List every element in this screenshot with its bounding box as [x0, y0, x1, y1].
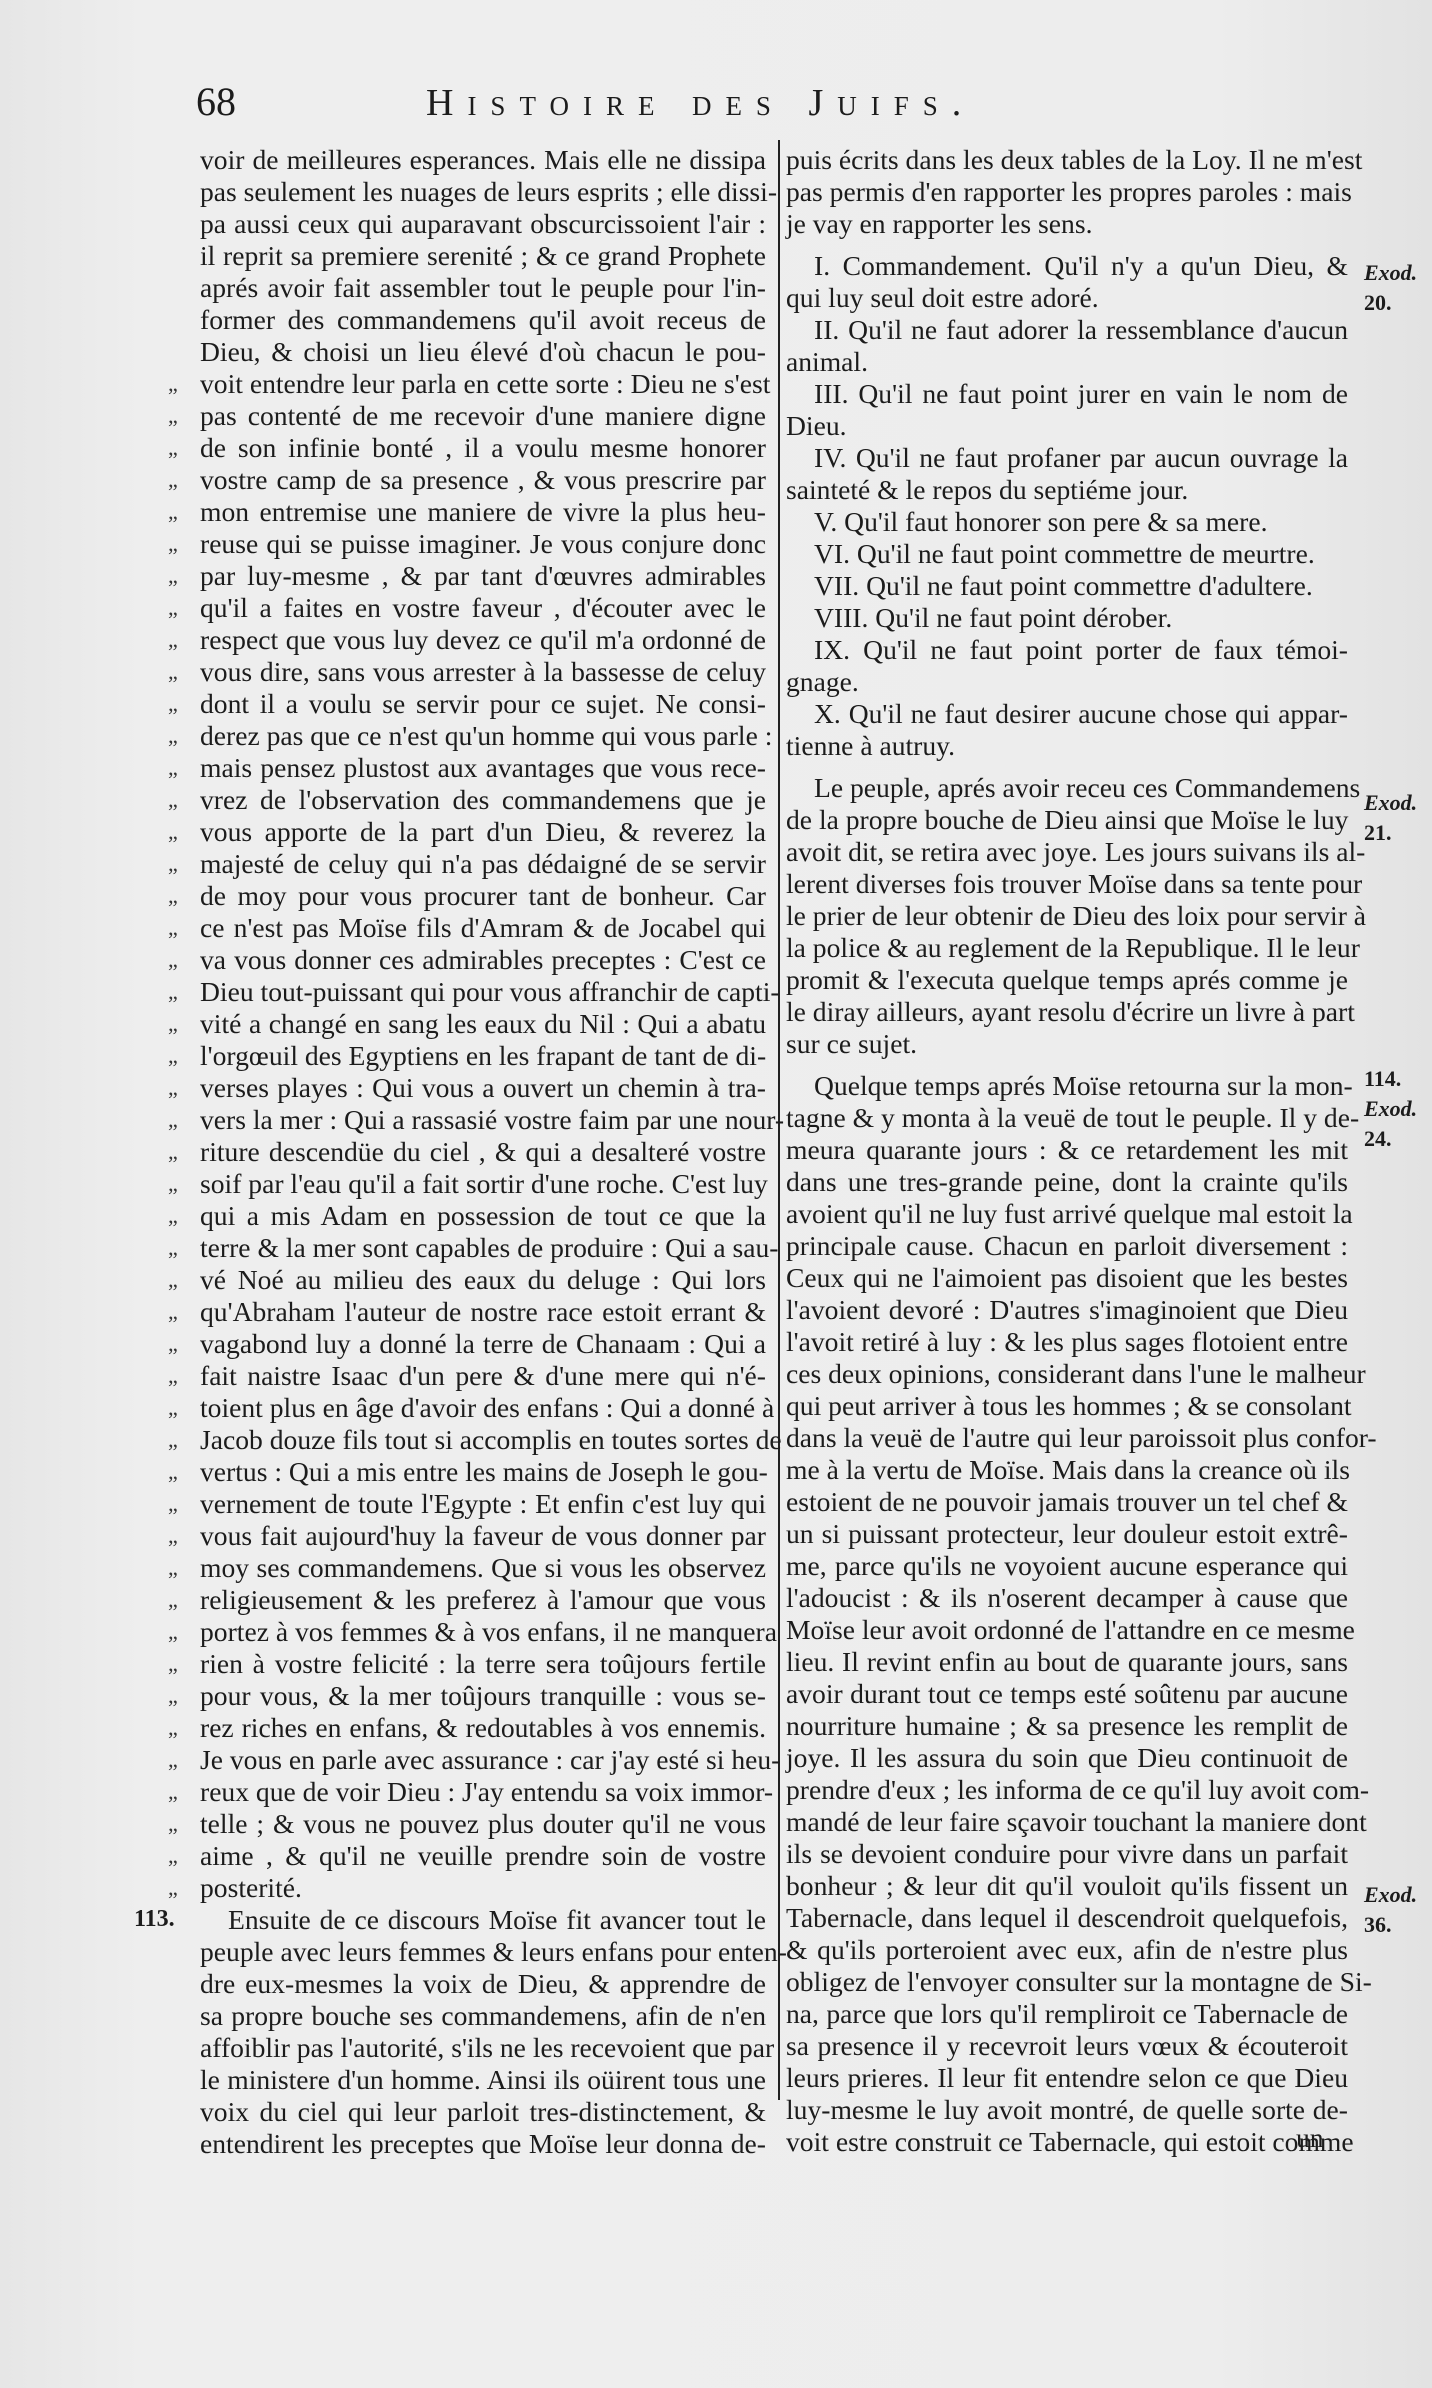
text-line: „vité a changé en sang les eaux du Nil :…	[200, 1008, 766, 1040]
line-text: pa aussi ceux qui auparavant obscurcisso…	[200, 208, 766, 239]
quotation-mark-icon: „	[168, 880, 178, 912]
text-line: me à la vertu de Moïse. Mais dans la cre…	[786, 1454, 1348, 1486]
line-text: respect que vous luy devez ce qu'il m'a …	[200, 624, 766, 655]
line-text: qu'Abraham l'auteur de nostre race estoi…	[200, 1296, 766, 1327]
text-line: „qu'Abraham l'auteur de nostre race esto…	[200, 1296, 766, 1328]
book-reference: Exod.	[1364, 1880, 1417, 1910]
line-text: majesté de celuy qui n'a pas dédaigné de…	[200, 848, 766, 879]
text-line: de la propre bouche de Dieu ainsi que Mo…	[786, 804, 1348, 836]
text-line: Le peuple, aprés avoir receu ces Command…	[786, 772, 1348, 804]
quotation-mark-icon: „	[168, 1360, 178, 1392]
line-text: qui a mis Adam en possession de tout ce …	[200, 1200, 766, 1231]
text-line: luy-mesme le luy avoit montré, de quelle…	[786, 2094, 1348, 2126]
text-line: ces deux opinions, considerant dans l'un…	[786, 1358, 1348, 1390]
margin-reference: 114.Exod.24.	[1364, 1064, 1417, 1154]
quotation-mark-icon: „	[168, 624, 178, 656]
quotation-mark-icon: „	[168, 816, 178, 848]
chapter-reference: 21.	[1364, 818, 1417, 848]
right-column: puis écrits dans les deux tables de la L…	[786, 144, 1348, 2158]
line-text: Dieu tout-puissant qui pour vous affranc…	[200, 976, 780, 1007]
line-text: le prier de leur obtenir de Dieu des loi…	[786, 900, 1366, 931]
text-line: pas permis d'en rapporter les propres pa…	[786, 176, 1348, 208]
running-title: Histoire des Juifs.	[426, 80, 975, 126]
text-line: II. Qu'il ne faut adorer la ressemblance…	[786, 314, 1348, 346]
line-text: mandé de leur faire sçavoir touchant la …	[786, 1806, 1367, 1837]
line-text: derez pas que ce n'est qu'un homme qui v…	[200, 720, 772, 751]
line-text: fait naistre Isaac d'un pere & d'une mer…	[200, 1360, 766, 1391]
line-text: aime , & qu'il ne veuille prendre soin d…	[200, 1840, 766, 1871]
quotation-mark-icon: „	[168, 1328, 178, 1360]
line-text: III. Qu'il ne faut point jurer en vain l…	[814, 378, 1348, 409]
text-line: VIII. Qu'il ne faut point dérober.	[786, 602, 1348, 634]
quotation-mark-icon: „	[168, 400, 178, 432]
text-line: „vous apporte de la part d'un Dieu, & re…	[200, 816, 766, 848]
text-line: nourriture humaine ; & sa presence les r…	[786, 1710, 1348, 1742]
text-line: estoient de ne pouvoir jamais trouver un…	[786, 1486, 1348, 1518]
left-column: voir de meilleures esperances. Mais elle…	[200, 144, 766, 2160]
text-line: „Dieu tout-puissant qui pour vous affran…	[200, 976, 766, 1008]
line-text: sa propre bouche ses commandemens, afin …	[200, 2000, 766, 2031]
quotation-mark-icon: „	[168, 1488, 178, 1520]
text-line: „rien à vostre felicité : la terre sera …	[200, 1648, 766, 1680]
text-line: Dieu.	[786, 410, 1348, 442]
text-line: „vers la mer : Qui a rassasié vostre fai…	[200, 1104, 766, 1136]
text-line: „vrez de l'observation des commandemens …	[200, 784, 766, 816]
line-text: aprés avoir fait assembler tout le peupl…	[200, 272, 766, 303]
line-text: bonheur ; & leur dit qu'il vouloit qu'il…	[786, 1870, 1348, 1901]
text-line: „vous fait aujourd'huy la faveur de vous…	[200, 1520, 766, 1552]
line-text: ils se devoient conduire pour vivre dans…	[786, 1838, 1348, 1869]
text-line: „reux que de voir Dieu : J'ay entendu sa…	[200, 1776, 766, 1808]
line-text: soif par l'eau qu'il a fait sortir d'une…	[200, 1168, 768, 1199]
line-text: sa presence il y recevroit leurs vœux & …	[786, 2030, 1348, 2061]
line-text: affoiblir pas l'autorité, s'ils ne les r…	[200, 2032, 774, 2063]
line-text: l'avoit retiré à luy : & les plus sages …	[786, 1326, 1348, 1357]
text-line: l'adoucist : & ils n'oserent decamper à …	[786, 1582, 1348, 1614]
page-number: 68	[196, 78, 236, 126]
quotation-mark-icon: „	[168, 432, 178, 464]
text-line: „majesté de celuy qui n'a pas dédaigné d…	[200, 848, 766, 880]
text-line: avoir durant tout ce temps esté soûtenu …	[786, 1678, 1348, 1710]
line-text: nourriture humaine ; & sa presence les r…	[786, 1710, 1348, 1741]
quotation-mark-icon: „	[168, 1392, 178, 1424]
text-line: „portez à vos femmes & à vos enfans, il …	[200, 1616, 766, 1648]
quotation-mark-icon: „	[168, 784, 178, 816]
line-text: lieu. Il revint enfin au bout de quarant…	[786, 1646, 1348, 1677]
text-line: voir de meilleures esperances. Mais elle…	[200, 144, 766, 176]
quotation-mark-icon: „	[168, 1616, 178, 1648]
text-line: Ceux qui ne l'aimoient pas disoient que …	[786, 1262, 1348, 1294]
text-line: Dieu, & choisi un lieu élevé d'où chacun…	[200, 336, 766, 368]
line-text: animal.	[786, 346, 868, 377]
line-text: VIII. Qu'il ne faut point dérober.	[814, 602, 1172, 633]
book-reference: Exod.	[1364, 258, 1417, 288]
quotation-mark-icon: „	[168, 944, 178, 976]
chapter-reference: 24.	[1364, 1124, 1417, 1154]
text-line: „derez pas que ce n'est qu'un homme qui …	[200, 720, 766, 752]
quotation-mark-icon: „	[168, 1552, 178, 1584]
line-text: Dieu.	[786, 410, 847, 441]
text-line: „pas contenté de me recevoir d'une manie…	[200, 400, 766, 432]
quotation-mark-icon: „	[168, 1008, 178, 1040]
line-text: avoit dit, se retira avec joye. Les jour…	[786, 836, 1365, 867]
line-text: qui luy seul doit estre adoré.	[786, 282, 1099, 313]
quotation-mark-icon: „	[168, 1872, 178, 1904]
quotation-mark-icon: „	[168, 368, 178, 400]
line-text: de son infinie bonté , il a voulu mesme …	[200, 432, 766, 463]
text-line: „terre & la mer sont capables de produir…	[200, 1232, 766, 1264]
text-line: tagne & y monta à la veuë de tout le peu…	[786, 1102, 1348, 1134]
line-text: V. Qu'il faut honorer son pere & sa mere…	[814, 506, 1268, 537]
quotation-mark-icon: „	[168, 912, 178, 944]
line-text: Ceux qui ne l'aimoient pas disoient que …	[786, 1262, 1348, 1293]
line-text: vostre camp de sa presence , & vous pres…	[200, 464, 766, 495]
line-text: moy ses commandemens. Que si vous les ob…	[200, 1552, 766, 1583]
line-text: me à la vertu de Moïse. Mais dans la cre…	[786, 1454, 1350, 1485]
text-line: obligez de l'envoyer consulter sur la mo…	[786, 1966, 1348, 1998]
quotation-mark-icon: „	[168, 976, 178, 1008]
text-line: „de moy pour vous procurer tant de bonhe…	[200, 880, 766, 912]
text-line: principale cause. Chacun en parloit dive…	[786, 1230, 1348, 1262]
line-text: vrez de l'observation des commandemens q…	[200, 784, 766, 815]
line-text: l'orgœuil des Egyptiens en les frapant d…	[200, 1040, 766, 1071]
text-line: „rez riches en enfans, & redoutables à v…	[200, 1712, 766, 1744]
text-line: gnage.	[786, 666, 1348, 698]
text-line: V. Qu'il faut honorer son pere & sa mere…	[786, 506, 1348, 538]
line-text: vé Noé au milieu des eaux du deluge : Qu…	[200, 1264, 766, 1295]
book-reference: Exod.	[1364, 1094, 1417, 1124]
line-text: Jacob douze fils tout si accomplis en to…	[200, 1424, 782, 1455]
text-line: „Je vous en parle avec assurance : car j…	[200, 1744, 766, 1776]
line-text: mon entremise une maniere de vivre la pl…	[200, 496, 766, 527]
line-text: riture descendüe du ciel , & qui a desal…	[200, 1136, 766, 1167]
margin-section-number: 113.	[134, 1906, 175, 1933]
line-text: voir de meilleures esperances. Mais elle…	[200, 144, 766, 175]
quotation-mark-icon: „	[168, 656, 178, 688]
quotation-mark-icon: „	[168, 720, 178, 752]
text-line: VII. Qu'il ne faut point commettre d'adu…	[786, 570, 1348, 602]
line-text: na, parce que lors qu'il rempliroit ce T…	[786, 1998, 1348, 2029]
line-text: obligez de l'envoyer consulter sur la mo…	[786, 1966, 1372, 1997]
text-line: entendirent les preceptes que Moïse leur…	[200, 2128, 766, 2160]
text-line: „reuse qui se puisse imaginer. Je vous c…	[200, 528, 766, 560]
text-line: il reprit sa premiere serenité ; & ce gr…	[200, 240, 766, 272]
line-text: vagabond luy a donné la terre de Chanaam…	[200, 1328, 766, 1359]
line-text: lerent diverses fois trouver Moïse dans …	[786, 868, 1362, 899]
line-text: je vay en rapporter les sens.	[786, 208, 1092, 239]
line-text: pas seulement les nuages de leurs esprit…	[200, 176, 777, 207]
text-line: me, parce qu'ils ne voyoient aucune espe…	[786, 1550, 1348, 1582]
text-line: un si puissant protecteur, leur douleur …	[786, 1518, 1348, 1550]
text-line: l'avoient devoré : D'autres s'imaginoien…	[786, 1294, 1348, 1326]
text-line: l'avoit retiré à luy : & les plus sages …	[786, 1326, 1348, 1358]
quotation-mark-icon: „	[168, 1808, 178, 1840]
line-text: Je vous en parle avec assurance : car j'…	[200, 1744, 780, 1775]
line-text: voit entendre leur parla en cette sorte …	[200, 368, 770, 399]
text-line: Moïse leur avoit ordonné de l'attandre e…	[786, 1614, 1348, 1646]
line-text: Le peuple, aprés avoir receu ces Command…	[814, 772, 1360, 803]
text-line: „qui a mis Adam en possession de tout ce…	[200, 1200, 766, 1232]
line-text: entendirent les preceptes que Moïse leur…	[200, 2128, 766, 2159]
line-text: former des commandemens qu'il avoit rece…	[200, 304, 766, 335]
quotation-mark-icon: „	[168, 1296, 178, 1328]
line-text: VII. Qu'il ne faut point commettre d'adu…	[814, 570, 1313, 601]
text-line: sainteté & le repos du septiéme jour.	[786, 474, 1348, 506]
text-line: bonheur ; & leur dit qu'il vouloit qu'il…	[786, 1870, 1348, 1902]
text-line: Tabernacle, dans lequel il descendroit q…	[786, 1902, 1348, 1934]
text-line: leurs prieres. Il leur fit entendre selo…	[786, 2062, 1348, 2094]
line-text: rez riches en enfans, & redoutables à vo…	[200, 1712, 766, 1743]
text-line: le prier de leur obtenir de Dieu des loi…	[786, 900, 1348, 932]
text-line: voix du ciel qui leur parloit tres-disti…	[200, 2096, 766, 2128]
line-text: Moïse leur avoit ordonné de l'attandre e…	[786, 1614, 1355, 1645]
line-text: Tabernacle, dans lequel il descendroit q…	[786, 1902, 1348, 1933]
text-line: III. Qu'il ne faut point jurer en vain l…	[786, 378, 1348, 410]
text-line: peuple avec leurs femmes & leurs enfans …	[200, 1936, 766, 1968]
text-line: „vernement de toute l'Egypte : Et enfin …	[200, 1488, 766, 1520]
quotation-mark-icon: „	[168, 1136, 178, 1168]
text-line: „de son infinie bonté , il a voulu mesme…	[200, 432, 766, 464]
text-line: affoiblir pas l'autorité, s'ils ne les r…	[200, 2032, 766, 2064]
text-line: sa propre bouche ses commandemens, afin …	[200, 2000, 766, 2032]
line-text: promit & l'executa quelque temps aprés c…	[786, 964, 1348, 995]
text-line: ils se devoient conduire pour vivre dans…	[786, 1838, 1348, 1870]
text-line: puis écrits dans les deux tables de la L…	[786, 144, 1348, 176]
line-text: le diray ailleurs, ayant resolu d'écrire…	[786, 996, 1355, 1027]
text-line: „va vous donner ces admirables preceptes…	[200, 944, 766, 976]
line-text: l'adoucist : & ils n'oserent decamper à …	[786, 1582, 1348, 1613]
line-text: voix du ciel qui leur parloit tres-disti…	[200, 2096, 766, 2127]
quotation-mark-icon: „	[168, 1520, 178, 1552]
line-text: qui peut arriver à tous les hommes ; & s…	[786, 1390, 1352, 1421]
text-line: „toient plus en âge d'avoir des enfans :…	[200, 1392, 766, 1424]
text-line: „qu'il a faites en vostre faveur , d'éco…	[200, 592, 766, 624]
text-line: pas seulement les nuages de leurs esprit…	[200, 176, 766, 208]
line-text: rien à vostre felicité : la terre sera t…	[200, 1648, 766, 1679]
line-text: par luy-mesme , & par tant d'œuvres admi…	[200, 560, 766, 591]
quotation-mark-icon: „	[168, 1584, 178, 1616]
line-text: VI. Qu'il ne faut point commettre de meu…	[814, 538, 1315, 569]
line-text: vertus : Qui a mis entre les mains de Jo…	[200, 1456, 768, 1487]
line-text: pas contenté de me recevoir d'une manier…	[200, 400, 766, 431]
text-line: „vous dire, sans vous arrester à la bass…	[200, 656, 766, 688]
text-line: „ce n'est pas Moïse fils d'Amram & de Jo…	[200, 912, 766, 944]
line-text: de la propre bouche de Dieu ainsi que Mo…	[786, 804, 1348, 835]
text-line: meura quarante jours : & ce retardement …	[786, 1134, 1348, 1166]
text-line: „posterité.	[200, 1872, 766, 1904]
text-line: „vé Noé au milieu des eaux du deluge : Q…	[200, 1264, 766, 1296]
line-text: toient plus en âge d'avoir des enfans : …	[200, 1392, 774, 1423]
line-text: dans une tres-grande peine, dont la crai…	[786, 1166, 1348, 1197]
line-text: Ensuite de ce discours Moïse fit avancer…	[228, 1904, 766, 1935]
line-text: vernement de toute l'Egypte : Et enfin c…	[200, 1488, 766, 1519]
text-line: Ensuite de ce discours Moïse fit avancer…	[200, 1904, 766, 1936]
text-line: na, parce que lors qu'il rempliroit ce T…	[786, 1998, 1348, 2030]
margin-reference: Exod.20.	[1364, 258, 1417, 318]
line-text: dont il a voulu se servir pour ce sujet.…	[200, 688, 766, 719]
line-text: vers la mer : Qui a rassasié vostre faim…	[200, 1104, 784, 1135]
text-line: dre eux-mesmes la voix de Dieu, & appren…	[200, 1968, 766, 2000]
text-line: mandé de leur faire sçavoir touchant la …	[786, 1806, 1348, 1838]
quotation-mark-icon: „	[168, 1072, 178, 1104]
quotation-mark-icon: „	[168, 1168, 178, 1200]
line-text: il reprit sa premiere serenité ; & ce gr…	[200, 240, 766, 271]
line-text: peuple avec leurs femmes & leurs enfans …	[200, 1936, 787, 1967]
line-text: prendre d'eux ; les informa de ce qu'il …	[786, 1774, 1369, 1805]
text-line: le ministere d'un homme. Ainsi ils oüire…	[200, 2064, 766, 2096]
line-text: reuse qui se puisse imaginer. Je vous co…	[200, 528, 766, 559]
line-text: pas permis d'en rapporter les propres pa…	[786, 176, 1352, 207]
text-line: avoient qu'il ne luy fust arrivé quelque…	[786, 1198, 1348, 1230]
line-text: un si puissant protecteur, leur douleur …	[786, 1518, 1348, 1549]
text-line: „respect que vous luy devez ce qu'il m'a…	[200, 624, 766, 656]
line-text: va vous donner ces admirables preceptes …	[200, 944, 766, 975]
line-text: I. Commandement. Qu'il n'y a qu'un Dieu,…	[814, 250, 1348, 281]
text-line: sa presence il y recevroit leurs vœux & …	[786, 2030, 1348, 2062]
line-text: voit estre construit ce Tabernacle, qui …	[786, 2126, 1354, 2157]
line-text: de moy pour vous procurer tant de bonheu…	[200, 880, 766, 911]
line-text: terre & la mer sont capables de produire…	[200, 1232, 779, 1263]
line-text: gnage.	[786, 666, 859, 697]
text-line: I. Commandement. Qu'il n'y a qu'un Dieu,…	[786, 250, 1348, 282]
quotation-mark-icon: „	[168, 1712, 178, 1744]
quotation-mark-icon: „	[168, 560, 178, 592]
line-text: telle ; & vous ne pouvez plus douter qu'…	[200, 1808, 766, 1839]
text-line: pa aussi ceux qui auparavant obscurcisso…	[200, 208, 766, 240]
line-text: leurs prieres. Il leur fit entendre selo…	[786, 2062, 1348, 2093]
text-line: „soif par l'eau qu'il a fait sortir d'un…	[200, 1168, 766, 1200]
text-line: animal.	[786, 346, 1348, 378]
text-line: „voit entendre leur parla en cette sorte…	[200, 368, 766, 400]
text-line: Quelque temps aprés Moïse retourna sur l…	[786, 1070, 1348, 1102]
line-text: vité a changé en sang les eaux du Nil : …	[200, 1008, 766, 1039]
quotation-mark-icon: „	[168, 1424, 178, 1456]
text-line: dans une tres-grande peine, dont la crai…	[786, 1166, 1348, 1198]
line-text: puis écrits dans les deux tables de la L…	[786, 144, 1362, 175]
text-line: promit & l'executa quelque temps aprés c…	[786, 964, 1348, 996]
line-text: joye. Il les assura du soin que Dieu con…	[786, 1742, 1348, 1773]
line-text: portez à vos femmes & à vos enfans, il n…	[200, 1616, 777, 1647]
text-line: qui peut arriver à tous les hommes ; & s…	[786, 1390, 1348, 1422]
text-line: VI. Qu'il ne faut point commettre de meu…	[786, 538, 1348, 570]
section-number: 114.	[1364, 1064, 1417, 1094]
line-text: luy-mesme le luy avoit montré, de quelle…	[786, 2094, 1348, 2125]
text-line: „Jacob douze fils tout si accomplis en t…	[200, 1424, 766, 1456]
line-text: II. Qu'il ne faut adorer la ressemblance…	[814, 314, 1348, 345]
line-text: estoient de ne pouvoir jamais trouver un…	[786, 1486, 1348, 1517]
quotation-mark-icon: „	[168, 848, 178, 880]
line-text: religieusement & les preferez à l'amour …	[200, 1584, 766, 1615]
line-text: qu'il a faites en vostre faveur , d'écou…	[200, 592, 766, 623]
text-line: „mais pensez plustost aux avantages que …	[200, 752, 766, 784]
text-line: IX. Qu'il ne faut point porter de faux t…	[786, 634, 1348, 666]
text-line: „religieusement & les preferez à l'amour…	[200, 1584, 766, 1616]
text-line: je vay en rapporter les sens.	[786, 208, 1348, 240]
line-text: sainteté & le repos du septiéme jour.	[786, 474, 1188, 505]
line-text: vous dire, sans vous arrester à la basse…	[200, 656, 766, 687]
line-text: tienne à autruy.	[786, 730, 955, 761]
chapter-reference: 20.	[1364, 288, 1417, 318]
line-text: reux que de voir Dieu : J'ay entendu sa …	[200, 1776, 773, 1807]
line-text: avoir durant tout ce temps esté soûtenu …	[786, 1678, 1348, 1709]
line-text: le ministere d'un homme. Ainsi ils oüire…	[200, 2064, 766, 2095]
line-text: meura quarante jours : & ce retardement …	[786, 1134, 1348, 1165]
quotation-mark-icon: „	[168, 1200, 178, 1232]
line-text: sur ce sujet.	[786, 1028, 917, 1059]
line-text: avoient qu'il ne luy fust arrivé quelque…	[786, 1198, 1353, 1229]
line-text: X. Qu'il ne faut desirer aucune chose qu…	[814, 698, 1348, 729]
line-text: dre eux-mesmes la voix de Dieu, & appren…	[200, 1968, 766, 1999]
line-text: la police & au reglement de la Republiqu…	[786, 932, 1360, 963]
margin-reference: Exod.36.	[1364, 1880, 1417, 1940]
line-text: pour vous, & la mer toûjours tranquille …	[200, 1680, 766, 1711]
line-text: IX. Qu'il ne faut point porter de faux t…	[814, 634, 1348, 665]
line-text: & qu'ils porteroient avec eux, afin de n…	[786, 1934, 1348, 1965]
text-line: sur ce sujet.	[786, 1028, 1348, 1060]
text-line: dans la veuë de l'autre qui leur paroiss…	[786, 1422, 1348, 1454]
quotation-mark-icon: „	[168, 1232, 178, 1264]
margin-reference: Exod.21.	[1364, 788, 1417, 848]
quotation-mark-icon: „	[168, 1648, 178, 1680]
text-line: prendre d'eux ; les informa de ce qu'il …	[786, 1774, 1348, 1806]
quotation-mark-icon: „	[168, 1456, 178, 1488]
quotation-mark-icon: „	[168, 592, 178, 624]
line-text: ces deux opinions, considerant dans l'un…	[786, 1358, 1366, 1389]
line-text: posterité.	[200, 1872, 302, 1903]
text-line: IV. Qu'il ne faut profaner par aucun ouv…	[786, 442, 1348, 474]
text-line: voit estre construit ce Tabernacle, qui …	[786, 2126, 1348, 2158]
text-line: aprés avoir fait assembler tout le peupl…	[200, 272, 766, 304]
line-text: ce n'est pas Moïse fils d'Amram & de Joc…	[200, 912, 766, 943]
text-line: joye. Il les assura du soin que Dieu con…	[786, 1742, 1348, 1774]
quotation-mark-icon: „	[168, 1840, 178, 1872]
text-line: „verses playes : Qui vous a ouvert un ch…	[200, 1072, 766, 1104]
book-page: 68 Histoire des Juifs. voir de meilleure…	[0, 0, 1432, 2388]
line-text: principale cause. Chacun en parloit dive…	[786, 1230, 1348, 1261]
line-text: IV. Qu'il ne faut profaner par aucun ouv…	[814, 442, 1348, 473]
quotation-mark-icon: „	[168, 752, 178, 784]
line-text: mais pensez plustost aux avantages que v…	[200, 752, 766, 783]
text-line: „vertus : Qui a mis entre les mains de J…	[200, 1456, 766, 1488]
line-text: dans la veuë de l'autre qui leur paroiss…	[786, 1422, 1377, 1453]
quotation-mark-icon: „	[168, 496, 178, 528]
text-line: „fait naistre Isaac d'un pere & d'une me…	[200, 1360, 766, 1392]
running-head: 68 Histoire des Juifs.	[196, 78, 1356, 138]
text-line: „mon entremise une maniere de vivre la p…	[200, 496, 766, 528]
text-line: tienne à autruy.	[786, 730, 1348, 762]
line-text: vous apporte de la part d'un Dieu, & rev…	[200, 816, 766, 847]
text-line: „vostre camp de sa presence , & vous pre…	[200, 464, 766, 496]
quotation-mark-icon: „	[168, 1040, 178, 1072]
text-line: lerent diverses fois trouver Moïse dans …	[786, 868, 1348, 900]
text-line: X. Qu'il ne faut desirer aucune chose qu…	[786, 698, 1348, 730]
text-line: „l'orgœuil des Egyptiens en les frapant …	[200, 1040, 766, 1072]
text-line: „telle ; & vous ne pouvez plus douter qu…	[200, 1808, 766, 1840]
catchword: un	[1296, 2122, 1324, 2154]
text-line: former des commandemens qu'il avoit rece…	[200, 304, 766, 336]
text-line: avoit dit, se retira avec joye. Les jour…	[786, 836, 1348, 868]
line-text: vous fait aujourd'huy la faveur de vous …	[200, 1520, 766, 1551]
quotation-mark-icon: „	[168, 1744, 178, 1776]
text-line: „riture descendüe du ciel , & qui a desa…	[200, 1136, 766, 1168]
line-text: Quelque temps aprés Moïse retourna sur l…	[814, 1070, 1353, 1101]
line-text: verses playes : Qui vous a ouvert un che…	[200, 1072, 766, 1103]
quotation-mark-icon: „	[168, 464, 178, 496]
quotation-mark-icon: „	[168, 528, 178, 560]
quotation-mark-icon: „	[168, 1680, 178, 1712]
quotation-mark-icon: „	[168, 1264, 178, 1296]
text-line: qui luy seul doit estre adoré.	[786, 282, 1348, 314]
